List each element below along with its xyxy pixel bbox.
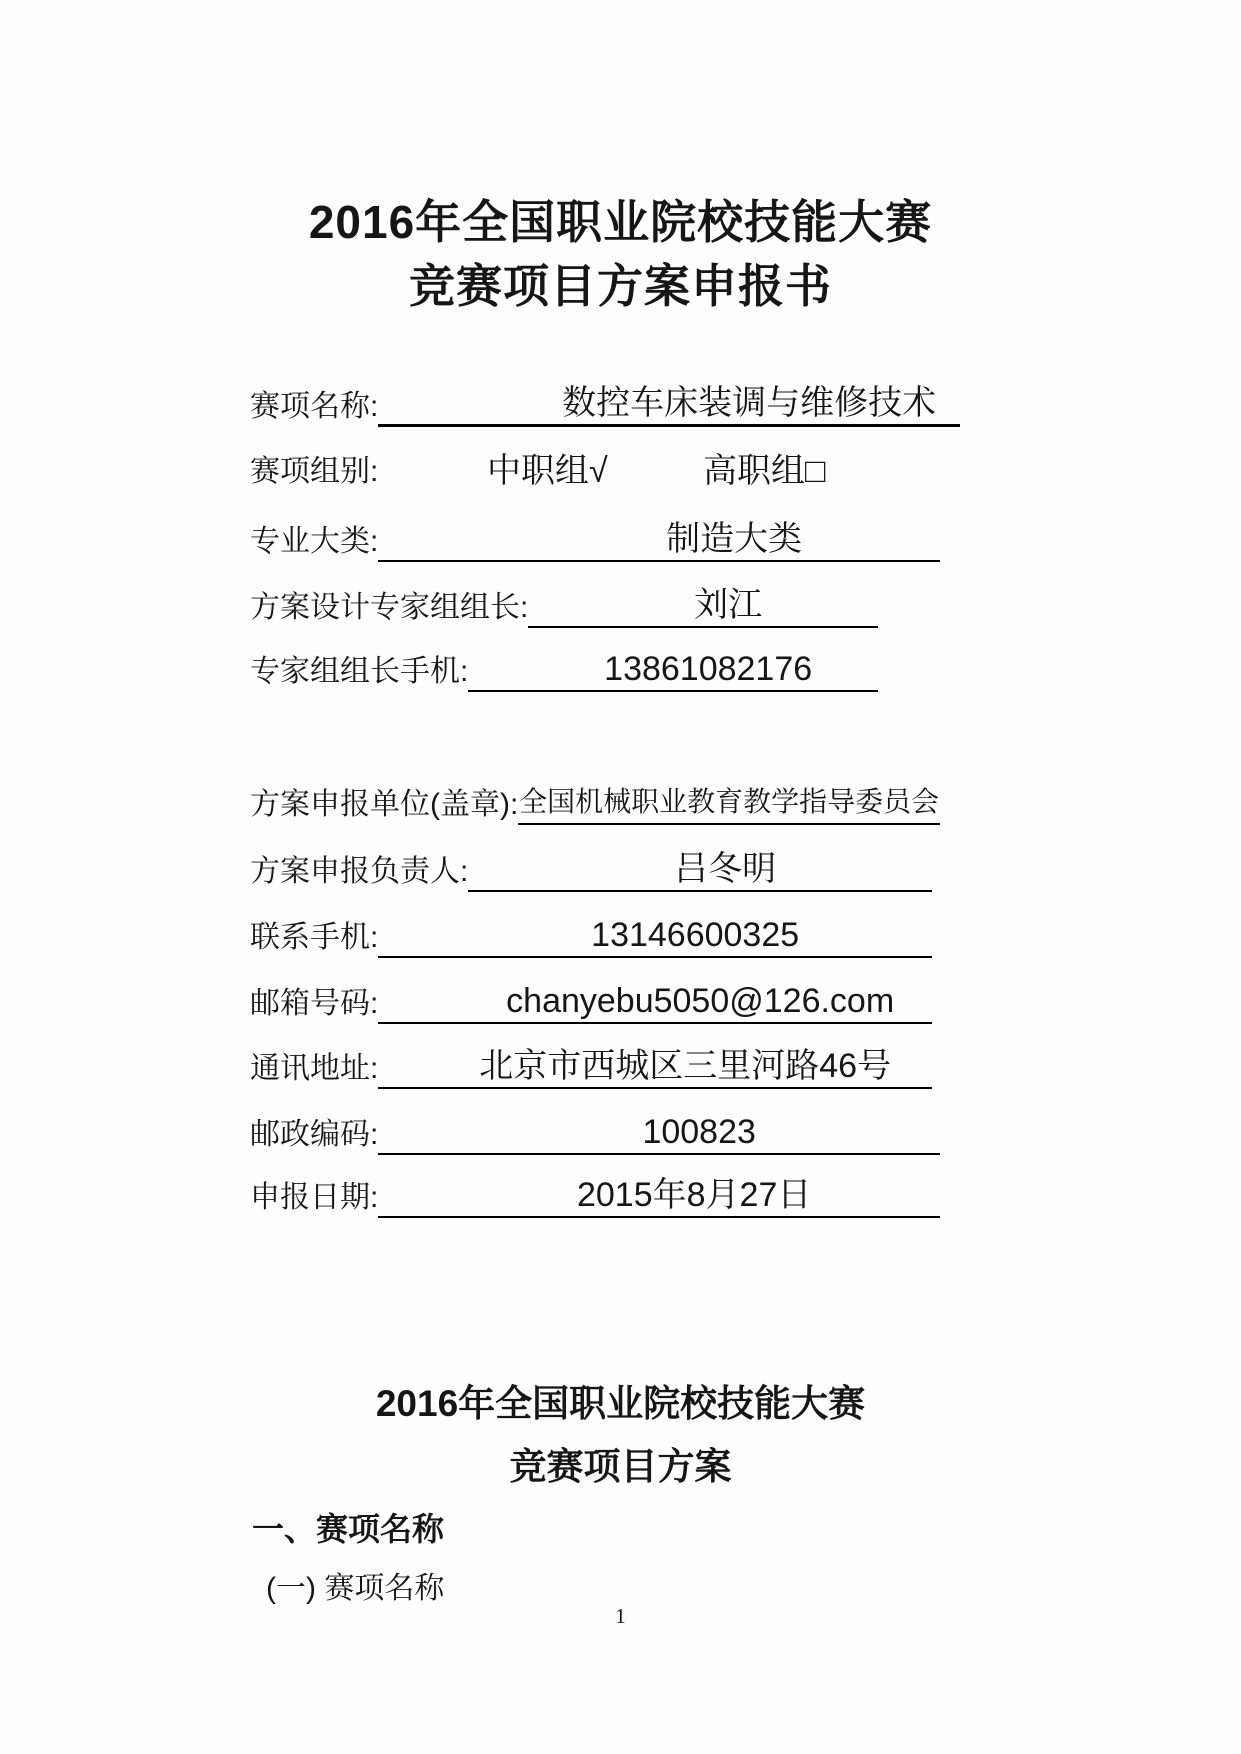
form-row-major-category: 专业大类: 制造大类 xyxy=(250,518,940,562)
expert-leader-value: 刘江 xyxy=(528,584,878,628)
form-row-expert-leader: 方案设计专家组组长: 刘江 xyxy=(250,584,878,628)
expert-leader-phone-label: 专家组组长手机: xyxy=(250,652,468,692)
form-row-address: 通讯地址: 北京市西城区三里河路46号 xyxy=(250,1045,932,1089)
applicant-unit-value: 全国机械职业教育教学指导委员会 xyxy=(518,781,940,825)
document-title-line1: 2016年全国职业院校技能大赛 xyxy=(0,190,1241,254)
event-group-option-secondary: 中职组√ xyxy=(487,450,608,492)
form-row-event-name: 赛项名称: 数控车床装调与维修技术 xyxy=(250,382,960,427)
applicant-unit-label: 方案申报单位(盖章): xyxy=(250,785,518,825)
major-category-value: 制造大类 xyxy=(378,518,940,562)
form-row-email: 邮箱号码: chanyebu5050@126.com xyxy=(250,980,932,1024)
address-value: 北京市西城区三里河路46号 xyxy=(378,1045,932,1089)
event-name-label: 赛项名称: xyxy=(250,387,378,427)
expert-leader-label: 方案设计专家组组长: xyxy=(250,588,528,628)
form-row-contact-phone: 联系手机: 13146600325 xyxy=(250,914,932,958)
plan-title-line2: 竞赛项目方案 xyxy=(0,1435,1241,1498)
major-category-label: 专业大类: xyxy=(250,522,378,562)
event-group-option-higher: 高职组□ xyxy=(703,450,826,492)
postal-code-value: 100823 xyxy=(378,1111,940,1155)
subsection-heading-event-name: (一) 赛项名称 xyxy=(266,1563,444,1607)
option-higher-label: 高职组 xyxy=(703,452,805,490)
form-row-postal-code: 邮政编码: 100823 xyxy=(250,1111,940,1155)
form-row-expert-leader-phone: 专家组组长手机: 13861082176 xyxy=(250,648,878,692)
email-value: chanyebu5050@126.com xyxy=(378,980,932,1024)
option-secondary-label: 中职组 xyxy=(487,452,589,490)
plan-title: 2016年全国职业院校技能大赛 竞赛项目方案 xyxy=(0,1372,1241,1498)
document-title-line2: 竞赛项目方案申报书 xyxy=(0,254,1241,318)
plan-title-line1: 2016年全国职业院校技能大赛 xyxy=(0,1372,1241,1435)
document-title: 2016年全国职业院校技能大赛 竞赛项目方案申报书 xyxy=(0,190,1241,318)
check-mark-icon: √ xyxy=(589,452,608,490)
applicant-person-label: 方案申报负责人: xyxy=(250,852,468,892)
contact-phone-label: 联系手机: xyxy=(250,918,378,958)
form-row-applicant-unit: 方案申报单位(盖章): 全国机械职业教育教学指导委员会 xyxy=(250,781,940,825)
form-row-application-date: 申报日期: 2015年8月27日 xyxy=(250,1174,940,1218)
email-label: 邮箱号码: xyxy=(250,984,378,1024)
postal-code-label: 邮政编码: xyxy=(250,1115,378,1155)
form-row-event-group: 赛项组别: 中职组√ 高职组□ xyxy=(250,450,940,492)
address-label: 通讯地址: xyxy=(250,1049,378,1089)
contact-phone-value: 13146600325 xyxy=(378,914,932,958)
applicant-person-value: 吕冬明 xyxy=(468,848,932,892)
form-row-applicant-person: 方案申报负责人: 吕冬明 xyxy=(250,848,932,892)
section-heading-event-name: 一、赛项名称 xyxy=(252,1504,444,1550)
event-name-value: 数控车床装调与维修技术 xyxy=(378,382,960,427)
application-date-label: 申报日期: xyxy=(250,1178,378,1218)
page-number: 1 xyxy=(0,1604,1241,1629)
expert-leader-phone-value: 13861082176 xyxy=(468,648,878,692)
empty-checkbox-icon: □ xyxy=(805,452,826,490)
event-group-label: 赛项组别: xyxy=(250,452,378,492)
application-date-value: 2015年8月27日 xyxy=(378,1174,940,1218)
